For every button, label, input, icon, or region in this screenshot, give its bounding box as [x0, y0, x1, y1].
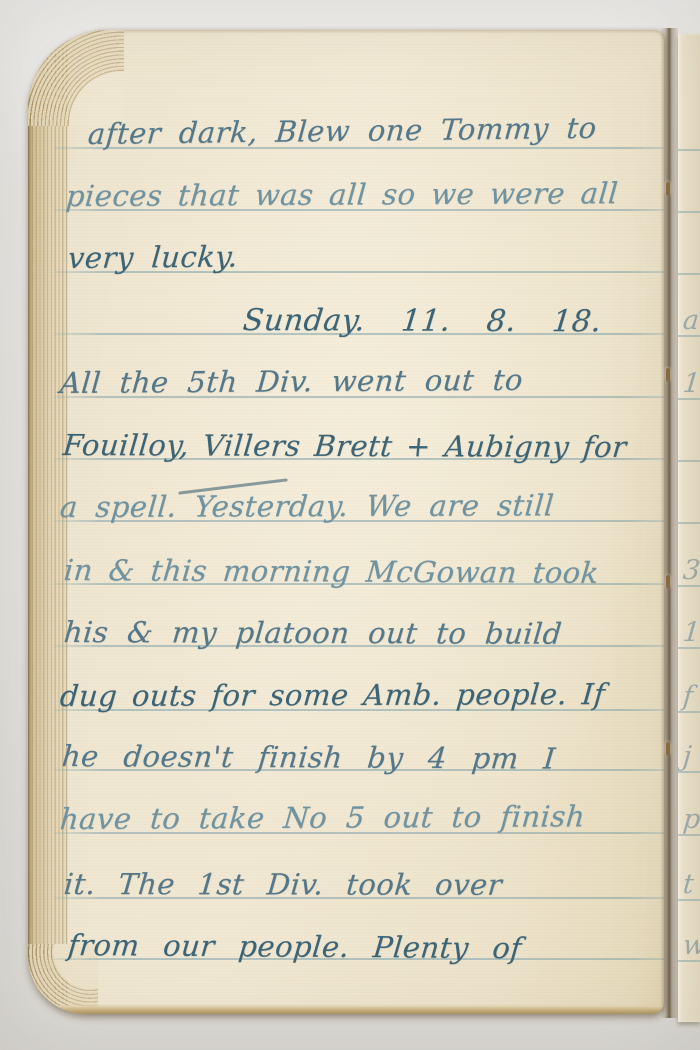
diary-page: after dark, Blew one Tommy to pieces tha…: [28, 30, 664, 1014]
text-fragment: 1: [682, 619, 700, 646]
ruled-line: [678, 460, 700, 462]
text-fragment: a: [682, 307, 700, 334]
diary-line: very lucky.: [67, 243, 239, 274]
diary-line: it. The 1st Div. took over: [63, 870, 504, 900]
text-fragment: j: [682, 743, 693, 770]
diary-line: a spell. Yesterday. We are still: [59, 491, 555, 522]
diary-line: pieces that was all so we were all: [65, 179, 619, 211]
text-fragment: f: [682, 683, 694, 710]
diary-line: from our people. Plenty of: [67, 931, 523, 963]
binding-stitch: [666, 575, 670, 588]
ruled-line: [678, 522, 700, 524]
text-fragment: w: [682, 932, 700, 959]
diary-photo: after dark, Blew one Tommy to pieces tha…: [0, 0, 700, 1050]
diary-line: he doesn't finish by 4 pm I: [61, 742, 557, 774]
binding-stitch: [666, 368, 670, 381]
facing-page-sliver: a 1 3 1 f j p t w: [678, 34, 700, 1022]
diary-line: after dark, Blew one Tommy to: [87, 114, 598, 149]
diary-line: Fouilloy, Villers Brett + Aubigny for: [62, 431, 628, 462]
text-fragment: 3: [682, 557, 700, 584]
binding-stitch: [666, 742, 670, 755]
diary-line: dug outs for some Amb. people. If: [59, 680, 607, 711]
text-fragment: t: [682, 871, 695, 898]
binding-stitch: [666, 182, 670, 195]
diary-line: All the 5th Div. went out to: [59, 366, 524, 398]
text-fragment: p: [682, 806, 700, 833]
page-edge-bottom: [36, 1004, 664, 1014]
diary-line: in & this morning McGowan took: [63, 556, 601, 588]
text-fragment: 1: [682, 370, 700, 397]
ruled-line: [678, 149, 700, 151]
date-heading: Sunday. 11. 8. 18.: [241, 306, 603, 337]
diary-line: have to take No 5 out to finish: [59, 802, 586, 834]
ruled-line: [678, 211, 700, 213]
diary-line: his & my platoon out to build: [63, 618, 564, 649]
ruled-line: [678, 273, 700, 275]
binding-crease: [660, 28, 678, 1018]
